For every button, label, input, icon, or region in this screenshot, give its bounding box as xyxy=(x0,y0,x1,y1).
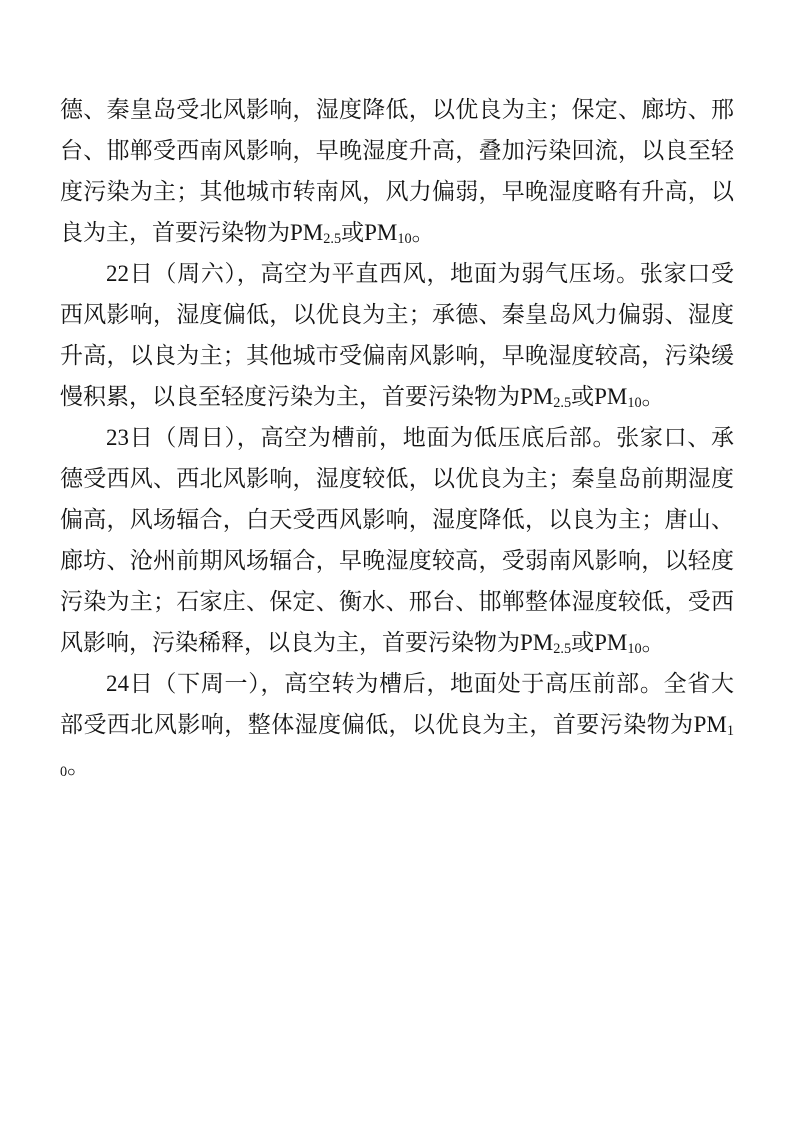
text-run: 。 xyxy=(67,753,90,778)
document-page: 德、秦皇岛受北风影响，湿度降低，以优良为主；保定、廊坊、邢台、邯郸受西南风影响，… xyxy=(0,0,793,1122)
pollutant-subscript: 10 xyxy=(627,641,641,657)
text-run: 23日（周日），高空为槽前，地面为低压底后部。张家口、承德受西风、西北风影响，湿… xyxy=(60,425,734,655)
text-run: 22日（周六），高空为平直西风，地面为弱气压场。张家口受西风影响，湿度偏低，以优… xyxy=(60,261,734,409)
paragraph-day22: 22日（周六），高空为平直西风，地面为弱气压场。张家口受西风影响，湿度偏低，以优… xyxy=(60,253,734,417)
text-run: 24日（下周一），高空转为槽后，地面处于高压前部。全省大部受西北风影响，整体湿度… xyxy=(60,671,734,737)
text-run: 。 xyxy=(642,384,665,409)
pollutant-subscript: 10 xyxy=(627,395,641,411)
paragraph-day23: 23日（周日），高空为槽前，地面为低压底后部。张家口、承德受西风、西北风影响，湿… xyxy=(60,417,734,663)
pollutant-subscript: 10 xyxy=(397,231,411,247)
text-run: 或PM xyxy=(341,220,397,245)
document-body: 德、秦皇岛受北风影响，湿度降低，以优良为主；保定、廊坊、邢台、邯郸受西南风影响，… xyxy=(60,89,734,786)
pollutant-subscript: 2.5 xyxy=(553,395,571,411)
text-run: 或PM xyxy=(571,630,627,655)
text-run: 。 xyxy=(642,630,665,655)
text-run: 或PM xyxy=(571,384,627,409)
pollutant-subscript: 2.5 xyxy=(323,231,341,247)
paragraph-day24: 24日（下周一），高空转为槽后，地面处于高压前部。全省大部受西北风影响，整体湿度… xyxy=(60,663,734,786)
paragraph-day21-continuation: 德、秦皇岛受北风影响，湿度降低，以优良为主；保定、廊坊、邢台、邯郸受西南风影响，… xyxy=(60,89,734,253)
text-run: 。 xyxy=(412,220,435,245)
pollutant-subscript: 2.5 xyxy=(553,641,571,657)
